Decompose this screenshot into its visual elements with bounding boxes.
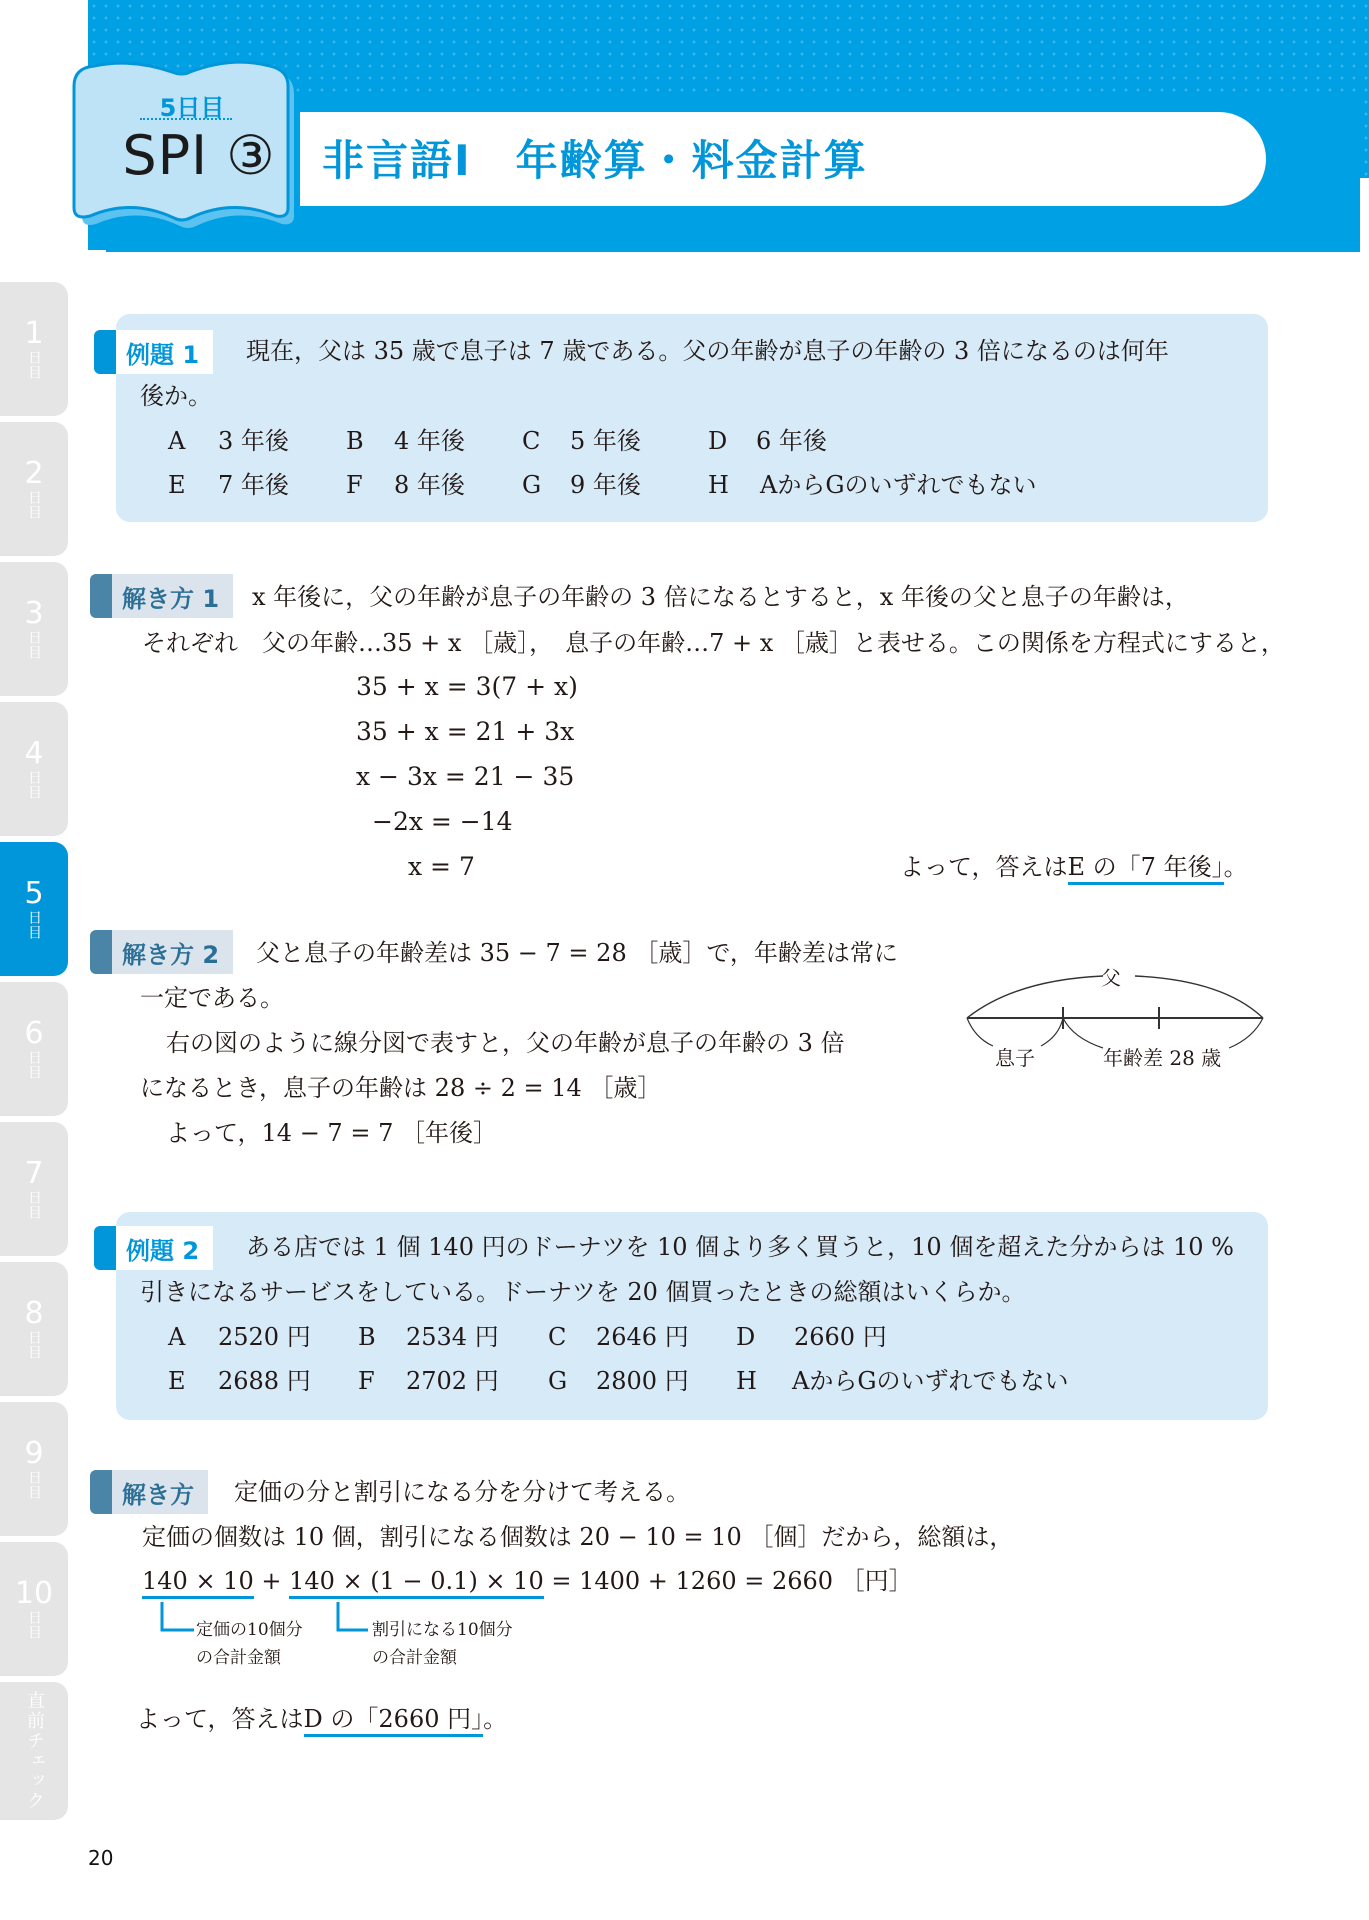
option-key: E <box>168 470 186 500</box>
note-discount-line1: 割引になる10個分 <box>372 1620 513 1640</box>
series-title: SPI ③ <box>104 124 294 187</box>
solution-1-line2: それぞれ 父の年齢…35 + x ［歳］， 息子の年齢…7 + x ［歳］と表せ… <box>142 628 1285 658</box>
answer-highlight: D の「2660 円」 <box>304 1705 484 1737</box>
tab-label: 日目 <box>26 910 42 940</box>
option-text: 2800 円 <box>596 1366 689 1396</box>
tab-day-8[interactable]: 8 日目 <box>0 1262 68 1396</box>
tab-label: 日目 <box>26 1610 42 1640</box>
solution-line1: 定価の分と割引になる分を分けて考える。 <box>234 1477 690 1507</box>
marker-flag <box>94 1226 116 1270</box>
tab-day-3[interactable]: 3 日目 <box>0 562 68 696</box>
option-key: A <box>168 426 185 456</box>
tab-label: 直前チェック <box>23 1691 45 1811</box>
tab-label: 日目 <box>26 770 42 800</box>
tab-number: 3 <box>24 598 43 630</box>
option-text: 8 年後 <box>394 470 465 500</box>
option-text: 2660 円 <box>794 1322 887 1352</box>
solution-2-line2: 一定である。 <box>140 983 284 1013</box>
option-key: C <box>548 1322 566 1352</box>
option-text: 3 年後 <box>218 426 289 456</box>
option-key: H <box>708 470 729 500</box>
equation-2: 35 + x = 21 + 3x <box>356 717 574 747</box>
tab-label: 日目 <box>26 1330 42 1360</box>
option-key: H <box>736 1366 757 1396</box>
tab-number: 4 <box>24 738 43 770</box>
option-text: 2702 円 <box>406 1366 499 1396</box>
option-key: G <box>548 1366 567 1396</box>
tab-label: 日目 <box>26 1470 42 1500</box>
solution-formula: 140 × 10 + 140 × (1 − 0.1) × 10 = 1400 +… <box>142 1566 913 1596</box>
tab-day-10[interactable]: 10 日目 <box>0 1542 68 1676</box>
tab-day-7[interactable]: 7 日目 <box>0 1122 68 1256</box>
option-key: C <box>522 426 540 456</box>
tab-day-2[interactable]: 2 日目 <box>0 422 68 556</box>
solution-2-line4: になるとき，息子の年齢は 28 ÷ 2 = 14 ［歳］ <box>140 1073 661 1103</box>
example-1-question-line2: 後か。 <box>140 381 212 411</box>
example-1-label: 例題 1 <box>94 330 213 374</box>
example-2-question-line2: 引きになるサービスをしている。ドーナツを 20 個買ったときの総額はいくらか。 <box>140 1277 1026 1307</box>
solution-2-line3: 右の図のように線分図で表すと，父の年齢が息子の年齢の 3 倍 <box>166 1028 845 1058</box>
tab-label: 日目 <box>26 1050 42 1080</box>
option-key: B <box>358 1322 376 1352</box>
tab-final-check[interactable]: 直前チェック <box>0 1682 68 1820</box>
page-title: 非言語Ⅰ 年齢算・料金計算 <box>322 128 868 188</box>
tab-number: 7 <box>24 1158 43 1190</box>
diagram-label-father: 父 <box>1101 962 1121 991</box>
tab-number: 8 <box>24 1298 43 1330</box>
diagram-label-son: 息子 <box>995 1042 1035 1071</box>
option-text: 5 年後 <box>570 426 641 456</box>
solution-1-line1: x 年後に，父の年齢が息子の年齢の 3 倍になるとすると，x 年後の父と息子の年… <box>252 582 1189 612</box>
option-text: 2646 円 <box>596 1322 689 1352</box>
solution-1-label: 解き方 1 <box>90 574 233 618</box>
example-2-label: 例題 2 <box>94 1226 213 1270</box>
option-key: D <box>708 426 727 456</box>
equation-4: −2x = −14 <box>372 807 513 837</box>
solution-1-conclusion: よって，答えはE の「7 年後」。 <box>900 852 1248 882</box>
option-key: F <box>358 1366 375 1396</box>
option-key: D <box>736 1322 755 1352</box>
tab-label: 日目 <box>26 1190 42 1220</box>
tab-day-4[interactable]: 4 日目 <box>0 702 68 836</box>
option-key: A <box>168 1322 185 1352</box>
tab-number: 1 <box>24 318 43 350</box>
tab-number: 2 <box>24 458 43 490</box>
line-segment-diagram: 父 息子 年齢差 28 歳 <box>955 950 1275 1080</box>
marker-flag <box>90 930 112 974</box>
solution-2-label: 解き方 2 <box>90 930 233 974</box>
option-text: AからGのいずれでもない <box>760 470 1037 500</box>
tab-label: 日目 <box>26 350 42 380</box>
tab-day-6[interactable]: 6 日目 <box>0 982 68 1116</box>
option-text: 9 年後 <box>570 470 641 500</box>
option-text: 2520 円 <box>218 1322 311 1352</box>
note-regular-line2: の合計金額 <box>196 1648 281 1668</box>
note-regular-line1: 定価の10個分 <box>196 1620 303 1640</box>
option-text: 7 年後 <box>218 470 289 500</box>
marker-flag <box>94 330 116 374</box>
example-1-question-line1: 現在，父は 35 歳で息子は 7 歳である。父の年齢が息子の年齢の 3 倍になる… <box>246 336 1169 366</box>
solution-line2: 定価の個数は 10 個，割引になる個数は 20 − 10 = 10 ［個］だから… <box>142 1522 1013 1552</box>
solution-2-line5: よって，14 − 7 = 7 ［年後］ <box>166 1118 497 1148</box>
marker-flag <box>90 1470 112 1514</box>
formula-part-regular: 140 × 10 <box>142 1567 254 1599</box>
tab-number: 9 <box>24 1438 43 1470</box>
solution-2-line1: 父と息子の年齢差は 35 − 7 = 28 ［歳］で，年齢差は常に <box>256 938 898 968</box>
tab-number: 5 <box>24 878 43 910</box>
tab-label: 日目 <box>26 490 42 520</box>
option-key: B <box>346 426 364 456</box>
tab-number: 6 <box>24 1018 43 1050</box>
option-text: 4 年後 <box>394 426 465 456</box>
equation-3: x − 3x = 21 − 35 <box>356 762 574 792</box>
tab-day-5[interactable]: 5 日目 <box>0 842 68 976</box>
equation-1: 35 + x = 3(7 + x) <box>356 672 578 702</box>
tab-day-9[interactable]: 9 日目 <box>0 1402 68 1536</box>
diagram-label-age-diff: 年齢差 28 歳 <box>1103 1042 1221 1071</box>
option-key: E <box>168 1366 186 1396</box>
answer-highlight: E の「7 年後」 <box>1068 853 1224 885</box>
tab-label: 日目 <box>26 630 42 660</box>
option-key: G <box>522 470 541 500</box>
option-key: F <box>346 470 363 500</box>
marker-flag <box>90 574 112 618</box>
page-number: 20 <box>88 1846 113 1870</box>
badge-divider <box>140 118 232 120</box>
solution-label: 解き方 <box>90 1470 208 1514</box>
tab-day-1[interactable]: 1 日目 <box>0 282 68 416</box>
equation-5: x = 7 <box>408 852 475 882</box>
option-text: AからGのいずれでもない <box>792 1366 1069 1396</box>
option-text: 6 年後 <box>756 426 827 456</box>
example-2-question-line1: ある店では 1 個 140 円のドーナツを 10 個より多く買うと，10 個を超… <box>246 1232 1234 1262</box>
option-text: 2688 円 <box>218 1366 311 1396</box>
option-text: 2534 円 <box>406 1322 499 1352</box>
note-discount-line2: の合計金額 <box>372 1648 457 1668</box>
solution-conclusion: よって，答えはD の「2660 円」。 <box>136 1704 507 1734</box>
formula-part-discount: 140 × (1 − 0.1) × 10 <box>289 1567 544 1599</box>
tab-number: 10 <box>15 1578 53 1610</box>
